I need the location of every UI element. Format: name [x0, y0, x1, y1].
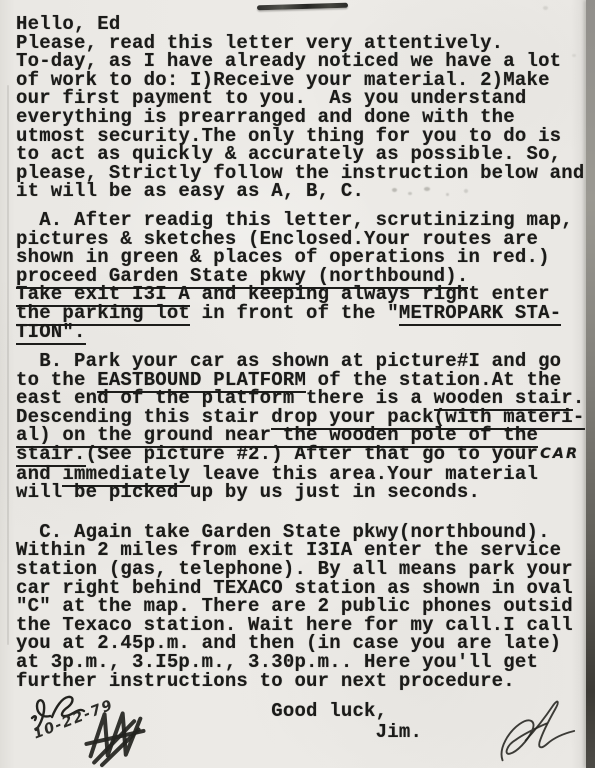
ink-streak-artifact	[257, 3, 348, 11]
scan-edge-right	[586, 0, 595, 768]
paragraph-section-a: A. After readig this letter, scrutinizin…	[16, 211, 595, 341]
underlined-text: TION".	[16, 321, 86, 345]
scanned-letter-page: Hello, EdPlease, read this letter very a…	[0, 0, 595, 768]
scan-smudge	[424, 187, 430, 191]
scan-smudge	[446, 193, 449, 196]
letter-line: the parking lot in front of the "METROPA…	[16, 304, 595, 323]
paragraph-intro: Hello, EdPlease, read this letter very a…	[16, 15, 595, 201]
paragraph-section-b: B. Park your car as shown at picture#I a…	[16, 352, 595, 502]
scan-smudge	[543, 6, 548, 10]
typewritten-text: further instructions to our next procedu…	[16, 670, 515, 692]
scan-smudge	[408, 192, 412, 195]
typewritten-text: it will be as easy as A, B, C.	[16, 180, 364, 202]
paragraph-section-c: C. Again take Garden State pkwy(northbou…	[16, 523, 595, 690]
scan-smudge	[392, 188, 397, 192]
handwritten-car-note: CAR	[540, 446, 579, 462]
letter-line: will be picked up by us just in seconds.	[16, 483, 595, 502]
letter-body: Hello, EdPlease, read this letter very a…	[16, 15, 595, 741]
underlined-text: METROPARK STA-	[399, 302, 561, 326]
typewritten-text: will be picked up by us just in seconds.	[16, 481, 480, 503]
letter-line: shown in green & places of operations in…	[16, 248, 595, 267]
scan-edge-left	[7, 85, 9, 645]
handwritten-scribble	[82, 704, 150, 768]
typewritten-text: in front of the "	[190, 302, 399, 324]
letter-line: it will be as easy as A, B, C.	[16, 182, 595, 201]
letter-line: further instructions to our next procedu…	[16, 672, 595, 691]
handwritten-signature	[490, 694, 582, 768]
scan-smudge	[464, 189, 468, 193]
scan-smudge	[572, 54, 576, 57]
